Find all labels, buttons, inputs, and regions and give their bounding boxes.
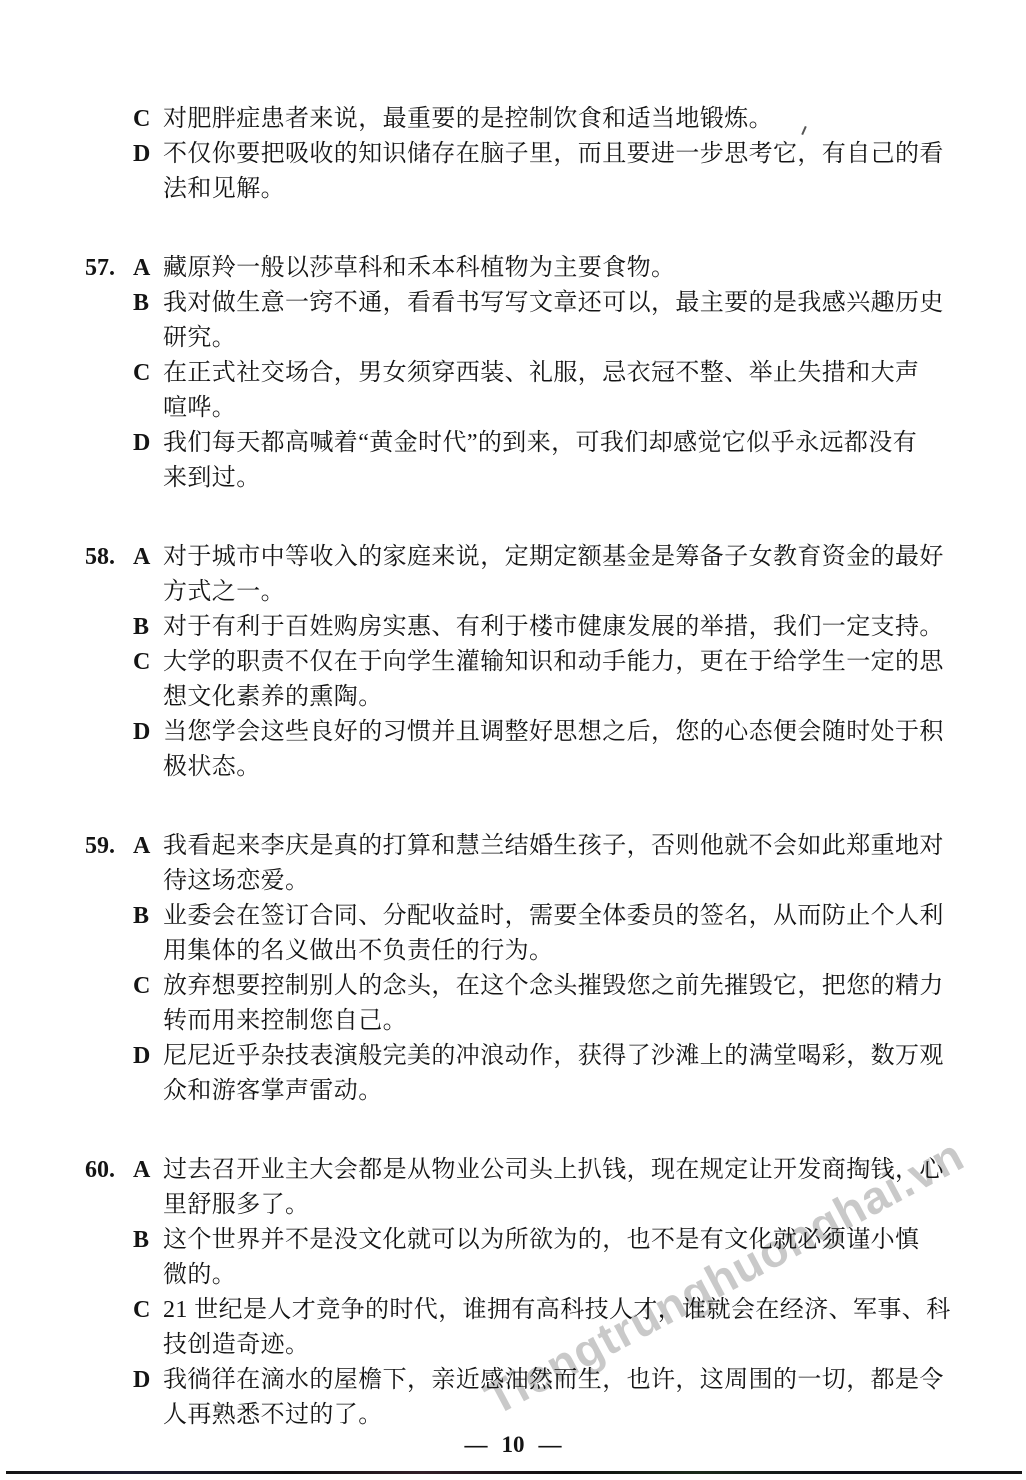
option-text: 大学的职责不仅在于向学生灌输知识和动手能力，更在于给学生一定的思想文化素养的熏陶… (163, 645, 944, 715)
question-number: 58. (85, 540, 131, 575)
page-footer: — 10 — (0, 1432, 1026, 1458)
option-row: A过去召开业主大会都是从物业公司头上扒钱，现在规定让开发商掏钱，心里舒服多了。 (133, 1153, 965, 1223)
text-line: 喧哗。 (163, 391, 919, 426)
option-label: A (133, 1153, 163, 1223)
text-line: 对于有利于百姓购房实惠、有利于楼市健康发展的举措，我们一定支持。 (163, 610, 944, 645)
option-label: D (133, 137, 163, 207)
text-line: 藏原羚一般以莎草科和禾本科植物为主要食物。 (163, 251, 675, 286)
option-label: A (133, 540, 163, 610)
text-line: 研究。 (163, 321, 944, 356)
option-text: 我们每天都高喊着“黄金时代”的到来，可我们却感觉它似乎永远都没有来到过。 (163, 426, 917, 496)
text-line: 业委会在签订合同、分配收益时，需要全体委员的签名，从而防止个人利 (163, 899, 944, 934)
option-text: 对于有利于百姓购房实惠、有利于楼市健康发展的举措，我们一定支持。 (163, 610, 944, 645)
scan-edge-rule (6, 1471, 1022, 1474)
option-row: A我看起来李庆是真的打算和慧兰结婚生孩子，否则他就不会如此郑重地对待这场恋爱。 (133, 829, 965, 899)
text-line: 对肥胖症患者来说，最重要的是控制饮食和适当地锻炼。 (163, 102, 773, 137)
option-label: D (133, 1363, 163, 1433)
text-line: 里舒服多了。 (163, 1188, 944, 1223)
option-row: B业委会在签订合同、分配收益时，需要全体委员的签名，从而防止个人利用集体的名义做… (133, 899, 965, 969)
option-row: C放弃想要控制别人的念头，在这个念头摧毁您之前先摧毁它，把您的精力转而用来控制您… (133, 969, 965, 1039)
option-label: C (133, 102, 163, 137)
option-row: C在正式社交场合，男女须穿西装、礼服，忌衣冠不整、举止失措和大声喧哗。 (133, 356, 965, 426)
option-row: A藏原羚一般以莎草科和禾本科植物为主要食物。 (133, 251, 965, 286)
option-row: D尼尼近乎杂技表演般完美的冲浪动作，获得了沙滩上的满堂喝彩，数万观众和游客掌声雷… (133, 1039, 965, 1109)
text-line: 众和游客掌声雷动。 (163, 1074, 944, 1109)
option-label: A (133, 251, 163, 286)
option-row: A对于城市中等收入的家庭来说，定期定额基金是筹备子女教育资金的最好方式之一。 (133, 540, 965, 610)
text-line: 在正式社交场合，男女须穿西装、礼服，忌衣冠不整、举止失措和大声 (163, 356, 919, 391)
text-line: 当您学会这些良好的习惯并且调整好思想之后，您的心态便会随时处于积 (163, 715, 944, 750)
option-text: 尼尼近乎杂技表演般完美的冲浪动作，获得了沙滩上的满堂喝彩，数万观众和游客掌声雷动… (163, 1039, 944, 1109)
option-label: B (133, 1223, 163, 1293)
option-text: 对肥胖症患者来说，最重要的是控制饮食和适当地锻炼。 (163, 102, 773, 137)
text-line: 对于城市中等收入的家庭来说，定期定额基金是筹备子女教育资金的最好 (163, 540, 944, 575)
text-line: 用集体的名义做出不负责任的行为。 (163, 934, 944, 969)
option-text: 过去召开业主大会都是从物业公司头上扒钱，现在规定让开发商掏钱，心里舒服多了。 (163, 1153, 944, 1223)
question-block: 57.A藏原羚一般以莎草科和禾本科植物为主要食物。B我对做生意一窍不通，看看书写… (85, 251, 965, 496)
option-row: B对于有利于百姓购房实惠、有利于楼市健康发展的举措，我们一定支持。 (133, 610, 965, 645)
footer-dash-right: — (539, 1432, 562, 1458)
option-row: B这个世界并不是没文化就可以为所欲为的，也不是有文化就必须谨小慎微的。 (133, 1223, 965, 1293)
option-text: 在正式社交场合，男女须穿西装、礼服，忌衣冠不整、举止失措和大声喧哗。 (163, 356, 919, 426)
option-label: B (133, 899, 163, 969)
option-row: D我们每天都高喊着“黄金时代”的到来，可我们却感觉它似乎永远都没有来到过。 (133, 426, 965, 496)
option-text: 放弃想要控制别人的念头，在这个念头摧毁您之前先摧毁它，把您的精力转而用来控制您自… (163, 969, 944, 1039)
option-label: B (133, 610, 163, 645)
option-label: D (133, 426, 163, 496)
text-line: 转而用来控制您自己。 (163, 1004, 944, 1039)
question-block: 60.A过去召开业主大会都是从物业公司头上扒钱，现在规定让开发商掏钱，心里舒服多… (85, 1153, 965, 1433)
option-row: D当您学会这些良好的习惯并且调整好思想之后，您的心态便会随时处于积极状态。 (133, 715, 965, 785)
text-line: 21 世纪是人才竞争的时代，谁拥有高科技人才，谁就会在经济、军事、科 (163, 1293, 951, 1328)
option-text: 不仅你要把吸收的知识储存在脑子里，而且要进一步思考它，有自己的看法和见解。 (163, 137, 944, 207)
text-line: 过去召开业主大会都是从物业公司头上扒钱，现在规定让开发商掏钱，心 (163, 1153, 944, 1188)
questions: 57.A藏原羚一般以莎草科和禾本科植物为主要食物。B我对做生意一窍不通，看看书写… (85, 251, 965, 1433)
text-line: 法和见解。 (163, 172, 944, 207)
carryover-options: C对肥胖症患者来说，最重要的是控制饮食和适当地锻炼。D不仅你要把吸收的知识储存在… (85, 102, 965, 207)
question-number: 59. (85, 829, 131, 864)
option-label: C (133, 969, 163, 1039)
option-label: A (133, 829, 163, 899)
option-row: D不仅你要把吸收的知识储存在脑子里，而且要进一步思考它，有自己的看法和见解。 (133, 137, 965, 207)
option-label: C (133, 645, 163, 715)
text-line: 来到过。 (163, 461, 917, 496)
option-text: 藏原羚一般以莎草科和禾本科植物为主要食物。 (163, 251, 675, 286)
option-text: 21 世纪是人才竞争的时代，谁拥有高科技人才，谁就会在经济、军事、科技创造奇迹。 (163, 1293, 951, 1363)
text-line: 方式之一。 (163, 575, 944, 610)
option-text: 对于城市中等收入的家庭来说，定期定额基金是筹备子女教育资金的最好方式之一。 (163, 540, 944, 610)
text-line: 想文化素养的熏陶。 (163, 680, 944, 715)
text-line: 不仅你要把吸收的知识储存在脑子里，而且要进一步思考它，有自己的看 (163, 137, 944, 172)
option-row: D我徜徉在滴水的屋檐下，亲近感油然而生，也许，这周围的一切，都是令人再熟悉不过的… (133, 1363, 965, 1433)
text-line: 我看起来李庆是真的打算和慧兰结婚生孩子，否则他就不会如此郑重地对 (163, 829, 944, 864)
footer-dash-left: — (465, 1432, 488, 1458)
scanned-exam-page: Tiengtrunghuonghai.vn C对肥胖症患者来说，最重要的是控制饮… (0, 0, 1026, 1480)
option-row: C大学的职责不仅在于向学生灌输知识和动手能力，更在于给学生一定的思想文化素养的熏… (133, 645, 965, 715)
text-line: 人再熟悉不过的了。 (163, 1398, 944, 1433)
text-line: 尼尼近乎杂技表演般完美的冲浪动作，获得了沙滩上的满堂喝彩，数万观 (163, 1039, 944, 1074)
option-row: C对肥胖症患者来说，最重要的是控制饮食和适当地锻炼。 (133, 102, 965, 137)
option-text: 我对做生意一窍不通，看看书写写文章还可以，最主要的是我感兴趣历史研究。 (163, 286, 944, 356)
option-label: D (133, 715, 163, 785)
text-line: 我们每天都高喊着“黄金时代”的到来，可我们却感觉它似乎永远都没有 (163, 426, 917, 461)
text-line: 技创造奇迹。 (163, 1328, 951, 1363)
option-text: 这个世界并不是没文化就可以为所欲为的，也不是有文化就必须谨小慎微的。 (163, 1223, 919, 1293)
question-number: 57. (85, 251, 131, 286)
text-line: 这个世界并不是没文化就可以为所欲为的，也不是有文化就必须谨小慎 (163, 1223, 919, 1258)
text-line: 极状态。 (163, 750, 944, 785)
question-block: 58.A对于城市中等收入的家庭来说，定期定额基金是筹备子女教育资金的最好方式之一… (85, 540, 965, 785)
option-text: 我徜徉在滴水的屋檐下，亲近感油然而生，也许，这周围的一切，都是令人再熟悉不过的了… (163, 1363, 944, 1433)
option-text: 业委会在签订合同、分配收益时，需要全体委员的签名，从而防止个人利用集体的名义做出… (163, 899, 944, 969)
text-line: 我对做生意一窍不通，看看书写写文章还可以，最主要的是我感兴趣历史 (163, 286, 944, 321)
page-number: 10 (502, 1432, 525, 1458)
option-row: B我对做生意一窍不通，看看书写写文章还可以，最主要的是我感兴趣历史研究。 (133, 286, 965, 356)
page-content: C对肥胖症患者来说，最重要的是控制饮食和适当地锻炼。D不仅你要把吸收的知识储存在… (85, 102, 965, 1477)
text-line: 放弃想要控制别人的念头，在这个念头摧毁您之前先摧毁它，把您的精力 (163, 969, 944, 1004)
text-line: 大学的职责不仅在于向学生灌输知识和动手能力，更在于给学生一定的思 (163, 645, 944, 680)
text-line: 我徜徉在滴水的屋檐下，亲近感油然而生，也许，这周围的一切，都是令 (163, 1363, 944, 1398)
option-label: D (133, 1039, 163, 1109)
question-number: 60. (85, 1153, 131, 1188)
option-label: B (133, 286, 163, 356)
option-text: 我看起来李庆是真的打算和慧兰结婚生孩子，否则他就不会如此郑重地对待这场恋爱。 (163, 829, 944, 899)
question-block: 59.A我看起来李庆是真的打算和慧兰结婚生孩子，否则他就不会如此郑重地对待这场恋… (85, 829, 965, 1109)
option-text: 当您学会这些良好的习惯并且调整好思想之后，您的心态便会随时处于积极状态。 (163, 715, 944, 785)
text-line: 微的。 (163, 1258, 919, 1293)
text-line: 待这场恋爱。 (163, 864, 944, 899)
option-row: C21 世纪是人才竞争的时代，谁拥有高科技人才，谁就会在经济、军事、科技创造奇迹… (133, 1293, 965, 1363)
option-label: C (133, 356, 163, 426)
option-label: C (133, 1293, 163, 1363)
